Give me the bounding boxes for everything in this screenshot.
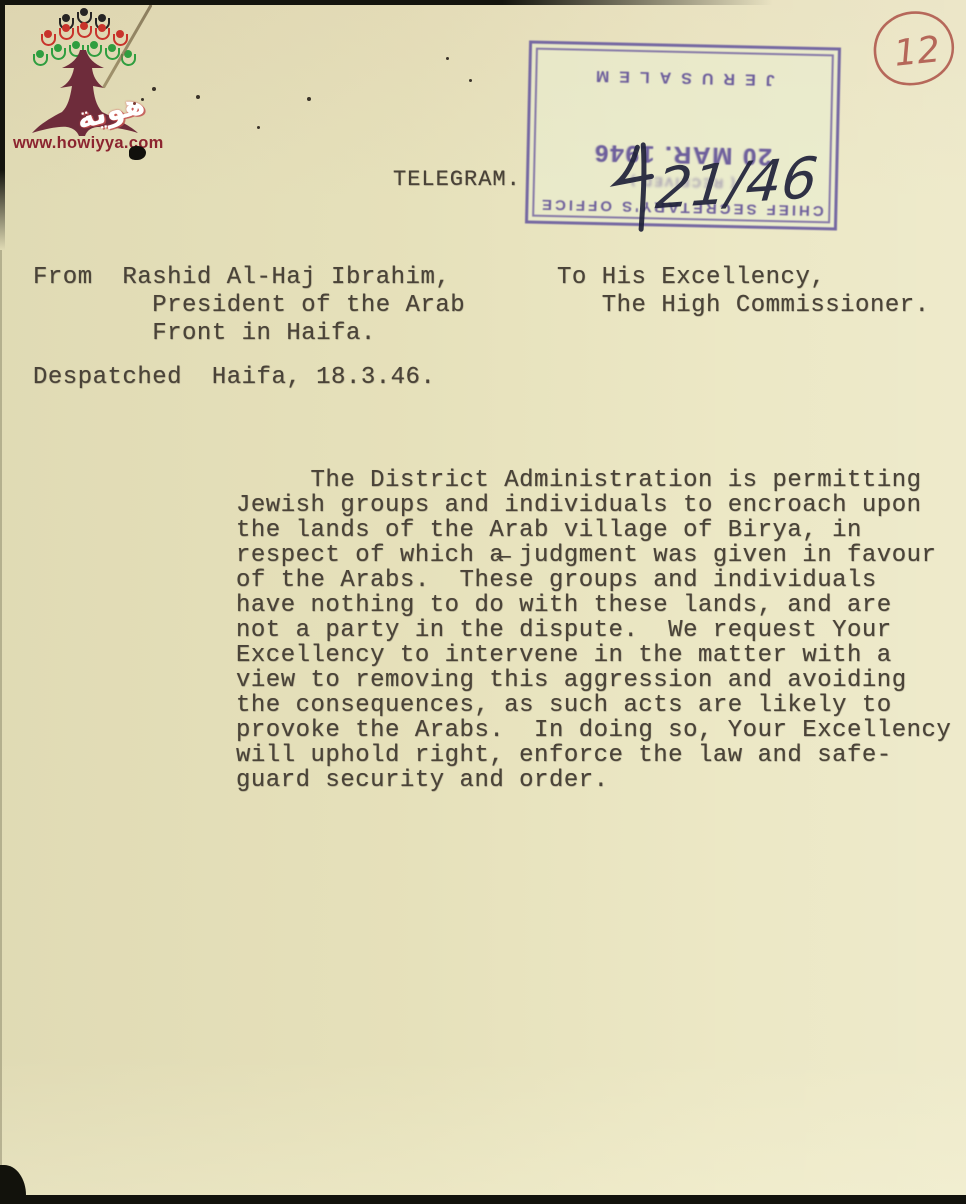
scan-edge-left-faint <box>0 250 2 1204</box>
ink-speck <box>446 57 449 60</box>
to-block: To His Excellency, The High Commissioner… <box>557 264 930 320</box>
body-line: will uphold right, enforce the law and s… <box>236 743 951 768</box>
body-line: of the Arabs. These groups and individua… <box>236 568 951 593</box>
body-line: the lands of the Arab village of Birya, … <box>236 518 951 543</box>
body-line: The District Administration is permittin… <box>236 468 951 493</box>
body-line: have nothing to do with these lands, and… <box>236 593 951 618</box>
body-line: Jewish groups and individuals to encroac… <box>236 493 951 518</box>
body-line: respect of which a̶ judgment was given i… <box>236 543 951 568</box>
to-line: The High Commissioner. <box>557 292 930 320</box>
from-block: From Rashid Al-Haj Ibrahim, President of… <box>33 264 465 348</box>
body-line: view to removing this aggression and avo… <box>236 668 951 693</box>
ink-speck <box>257 126 260 129</box>
ink-speck <box>152 87 156 91</box>
ink-speck <box>141 98 144 101</box>
body-line: guard security and order. <box>236 768 951 793</box>
ink-speck <box>469 79 472 82</box>
scan-edge-top <box>0 0 966 5</box>
scanned-telegram-page: هوية www.howiyya.com TELEGRAM. CHIEF SEC… <box>0 0 966 1204</box>
handwritten-file-reference: 21/46 <box>585 115 902 246</box>
document-title: TELEGRAM. <box>393 167 521 192</box>
despatch-line: Despatched Haifa, 18.3.46. <box>33 364 435 392</box>
page-number-text: 12 <box>892 29 942 75</box>
telegram-body: The District Administration is permittin… <box>236 468 951 793</box>
ink-speck <box>133 102 136 105</box>
person-icon <box>58 24 74 42</box>
ink-speck <box>307 97 311 101</box>
from-line: From Rashid Al-Haj Ibrahim, <box>33 264 465 292</box>
handwritten-number: 21/46 <box>653 146 821 222</box>
person-icon <box>94 24 110 42</box>
page-number-annotation: 12 <box>864 6 960 92</box>
scan-shading-bottom <box>0 1034 966 1204</box>
body-line: not a party in the dispute. We request Y… <box>236 618 951 643</box>
body-line: Excellency to intervene in the matter wi… <box>236 643 951 668</box>
from-line: President of the Arab <box>33 292 465 320</box>
scan-edge-bottom <box>0 1195 966 1204</box>
body-line: provoke the Arabs. In doing so, Your Exc… <box>236 718 951 743</box>
person-icon <box>76 22 92 40</box>
from-line: Front in Haifa. <box>33 320 465 348</box>
scan-corner-bottom-left <box>0 1165 26 1199</box>
to-line: To His Excellency, <box>557 264 930 292</box>
page-number-circle: 12 <box>864 6 960 92</box>
body-line: the consequences, as such acts are likel… <box>236 693 951 718</box>
scan-edge-left <box>0 0 5 250</box>
ink-speck <box>196 95 200 99</box>
handwriting-strokes: 21/46 <box>585 115 902 246</box>
